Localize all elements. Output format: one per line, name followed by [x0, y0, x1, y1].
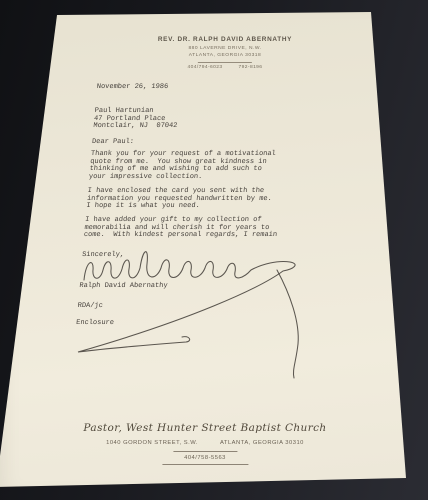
enclosure-note: Enclosure	[76, 320, 297, 328]
letterhead-name: REV. DR. RALPH DAVID ABERNATHY	[158, 36, 292, 43]
recipient-city: Montclair, NJ 07042	[93, 122, 178, 130]
paragraph-1: Thank you for your request of a motivati…	[88, 151, 311, 181]
closing: Sincerely,	[82, 252, 303, 260]
typist-initials: RDA/jc	[77, 303, 298, 311]
paragraph-3: I have added your gift to my collection …	[83, 217, 305, 240]
recipient-address: Paul Hartunian 47 Portland Place Montcla…	[93, 108, 315, 131]
letterhead-address-line1: 880 LAVERNE DRIVE, N.W.	[158, 46, 292, 51]
typed-signature-name: Ralph David Abernathy	[79, 283, 300, 291]
footer-phone: 404/758-5563	[83, 455, 326, 461]
footer-divider-top	[173, 451, 237, 452]
footer-title: Pastor, West Hunter Street Baptist Churc…	[83, 422, 326, 434]
letterhead-phone-right: 792-8196	[239, 65, 263, 70]
letterhead-phones: 404/794-6023 792-8196	[158, 65, 292, 70]
salutation: Dear Paul:	[92, 139, 313, 147]
letterhead-divider	[198, 62, 252, 63]
paragraph-2: I have enclosed the card you sent with t…	[86, 188, 308, 211]
footer: Pastor, West Hunter Street Baptist Churc…	[83, 422, 326, 465]
footer-address-city: ATLANTA, GEORGIA 30310	[220, 440, 304, 446]
letterhead-phone-left: 404/794-6023	[188, 65, 223, 70]
date-line: November 26, 1986	[96, 84, 317, 92]
letter-paper: REV. DR. RALPH DAVID ABERNATHY 880 LAVER…	[0, 0, 428, 500]
letterhead: REV. DR. RALPH DAVID ABERNATHY 880 LAVER…	[158, 36, 292, 70]
footer-address: 1040 GORDON STREET, S.W. ATLANTA, GEORGI…	[83, 440, 326, 446]
letterhead-address-line2: ATLANTA, GEORGIA 30318	[158, 53, 292, 58]
footer-address-street: 1040 GORDON STREET, S.W.	[106, 440, 198, 446]
photo-background: REV. DR. RALPH DAVID ABERNATHY 880 LAVER…	[0, 0, 428, 500]
footer-divider-bottom	[162, 464, 248, 465]
